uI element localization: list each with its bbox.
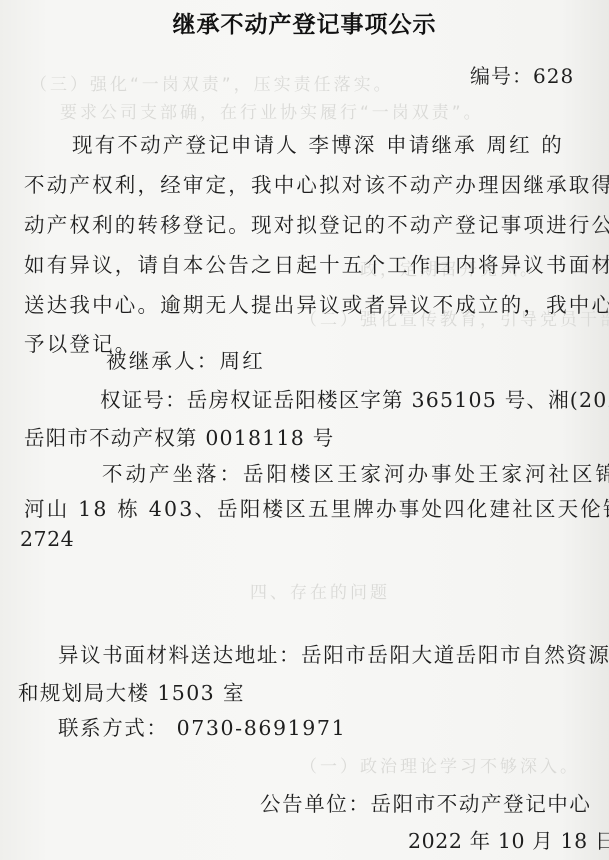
document-number: 编号：628 — [470, 60, 574, 89]
body-line-1: 现有不动产登记申请人 李博深 申请继承 周红 的 — [72, 128, 564, 158]
body-line-3: 动产权利的转移登记。现对拟登记的不动产登记事项进行公示， — [24, 208, 562, 238]
body-line-5: 送达我中心。逾期无人提出异议或者异议不成立的，我中心将 — [24, 288, 562, 318]
contact-line: 联系方式： 0730-8691971 — [58, 711, 346, 741]
bleed-through-text: 四、存在的问题 — [250, 578, 390, 603]
date-line: 2022 年 10 月 18 日 — [408, 824, 609, 854]
decedent-name: 周红 — [486, 128, 531, 158]
body-line-2: 不动产权利，经审定，我中心拟对该不动产办理因继承取得不 — [24, 168, 562, 198]
bleed-through-text: （一）政治理论学习不够深入。 — [300, 752, 580, 777]
applicant-name: 李博深 — [308, 128, 376, 158]
objection-address-line-2: 和规划局大楼 1503 室 — [18, 676, 245, 706]
location-line-1: 不动产坐落：岳阳楼区王家河办事处王家河社区锦绣 — [102, 457, 609, 487]
location-line-2: 河山 18 栋 403、岳阳楼区五里牌办事处四化建社区天伦银座 — [24, 492, 609, 522]
body-line-4: 如有异议，请自本公告之日起十五个工作日内将异议书面材料 — [24, 248, 562, 278]
scanned-page: （三）强化“一岗双责”，压实责任落实。 要求公司支部确，在行业协实履行“一岗双责… — [0, 0, 609, 860]
body-suffix: 的 — [541, 128, 564, 158]
document-title: 继承不动产登记事项公示 — [0, 6, 609, 39]
issuer-line: 公告单位：岳阳市不动产登记中心 — [260, 787, 592, 817]
body-mid: 申请继承 — [386, 128, 477, 158]
certificate-line-1: 权证号：岳房权证岳阳楼区字第 365105 号、湘(2021) — [100, 383, 609, 413]
decedent-line: 被继承人：周红 — [106, 344, 265, 374]
body-prefix: 现有不动产登记申请人 — [72, 128, 299, 158]
location-line-3: 2724 — [20, 527, 74, 551]
certificate-line-2: 岳阳市不动产权第 0018118 号 — [24, 421, 334, 451]
objection-address-line-1: 异议书面材料送达地址：岳阳市岳阳大道岳阳市自然资源 — [58, 638, 609, 668]
bleed-through-text: （三）强化“一岗双责”，压实责任落实。 — [30, 70, 394, 95]
bleed-through-text: 要求公司支部确，在行业协实履行“一岗双责”。 — [60, 98, 484, 123]
